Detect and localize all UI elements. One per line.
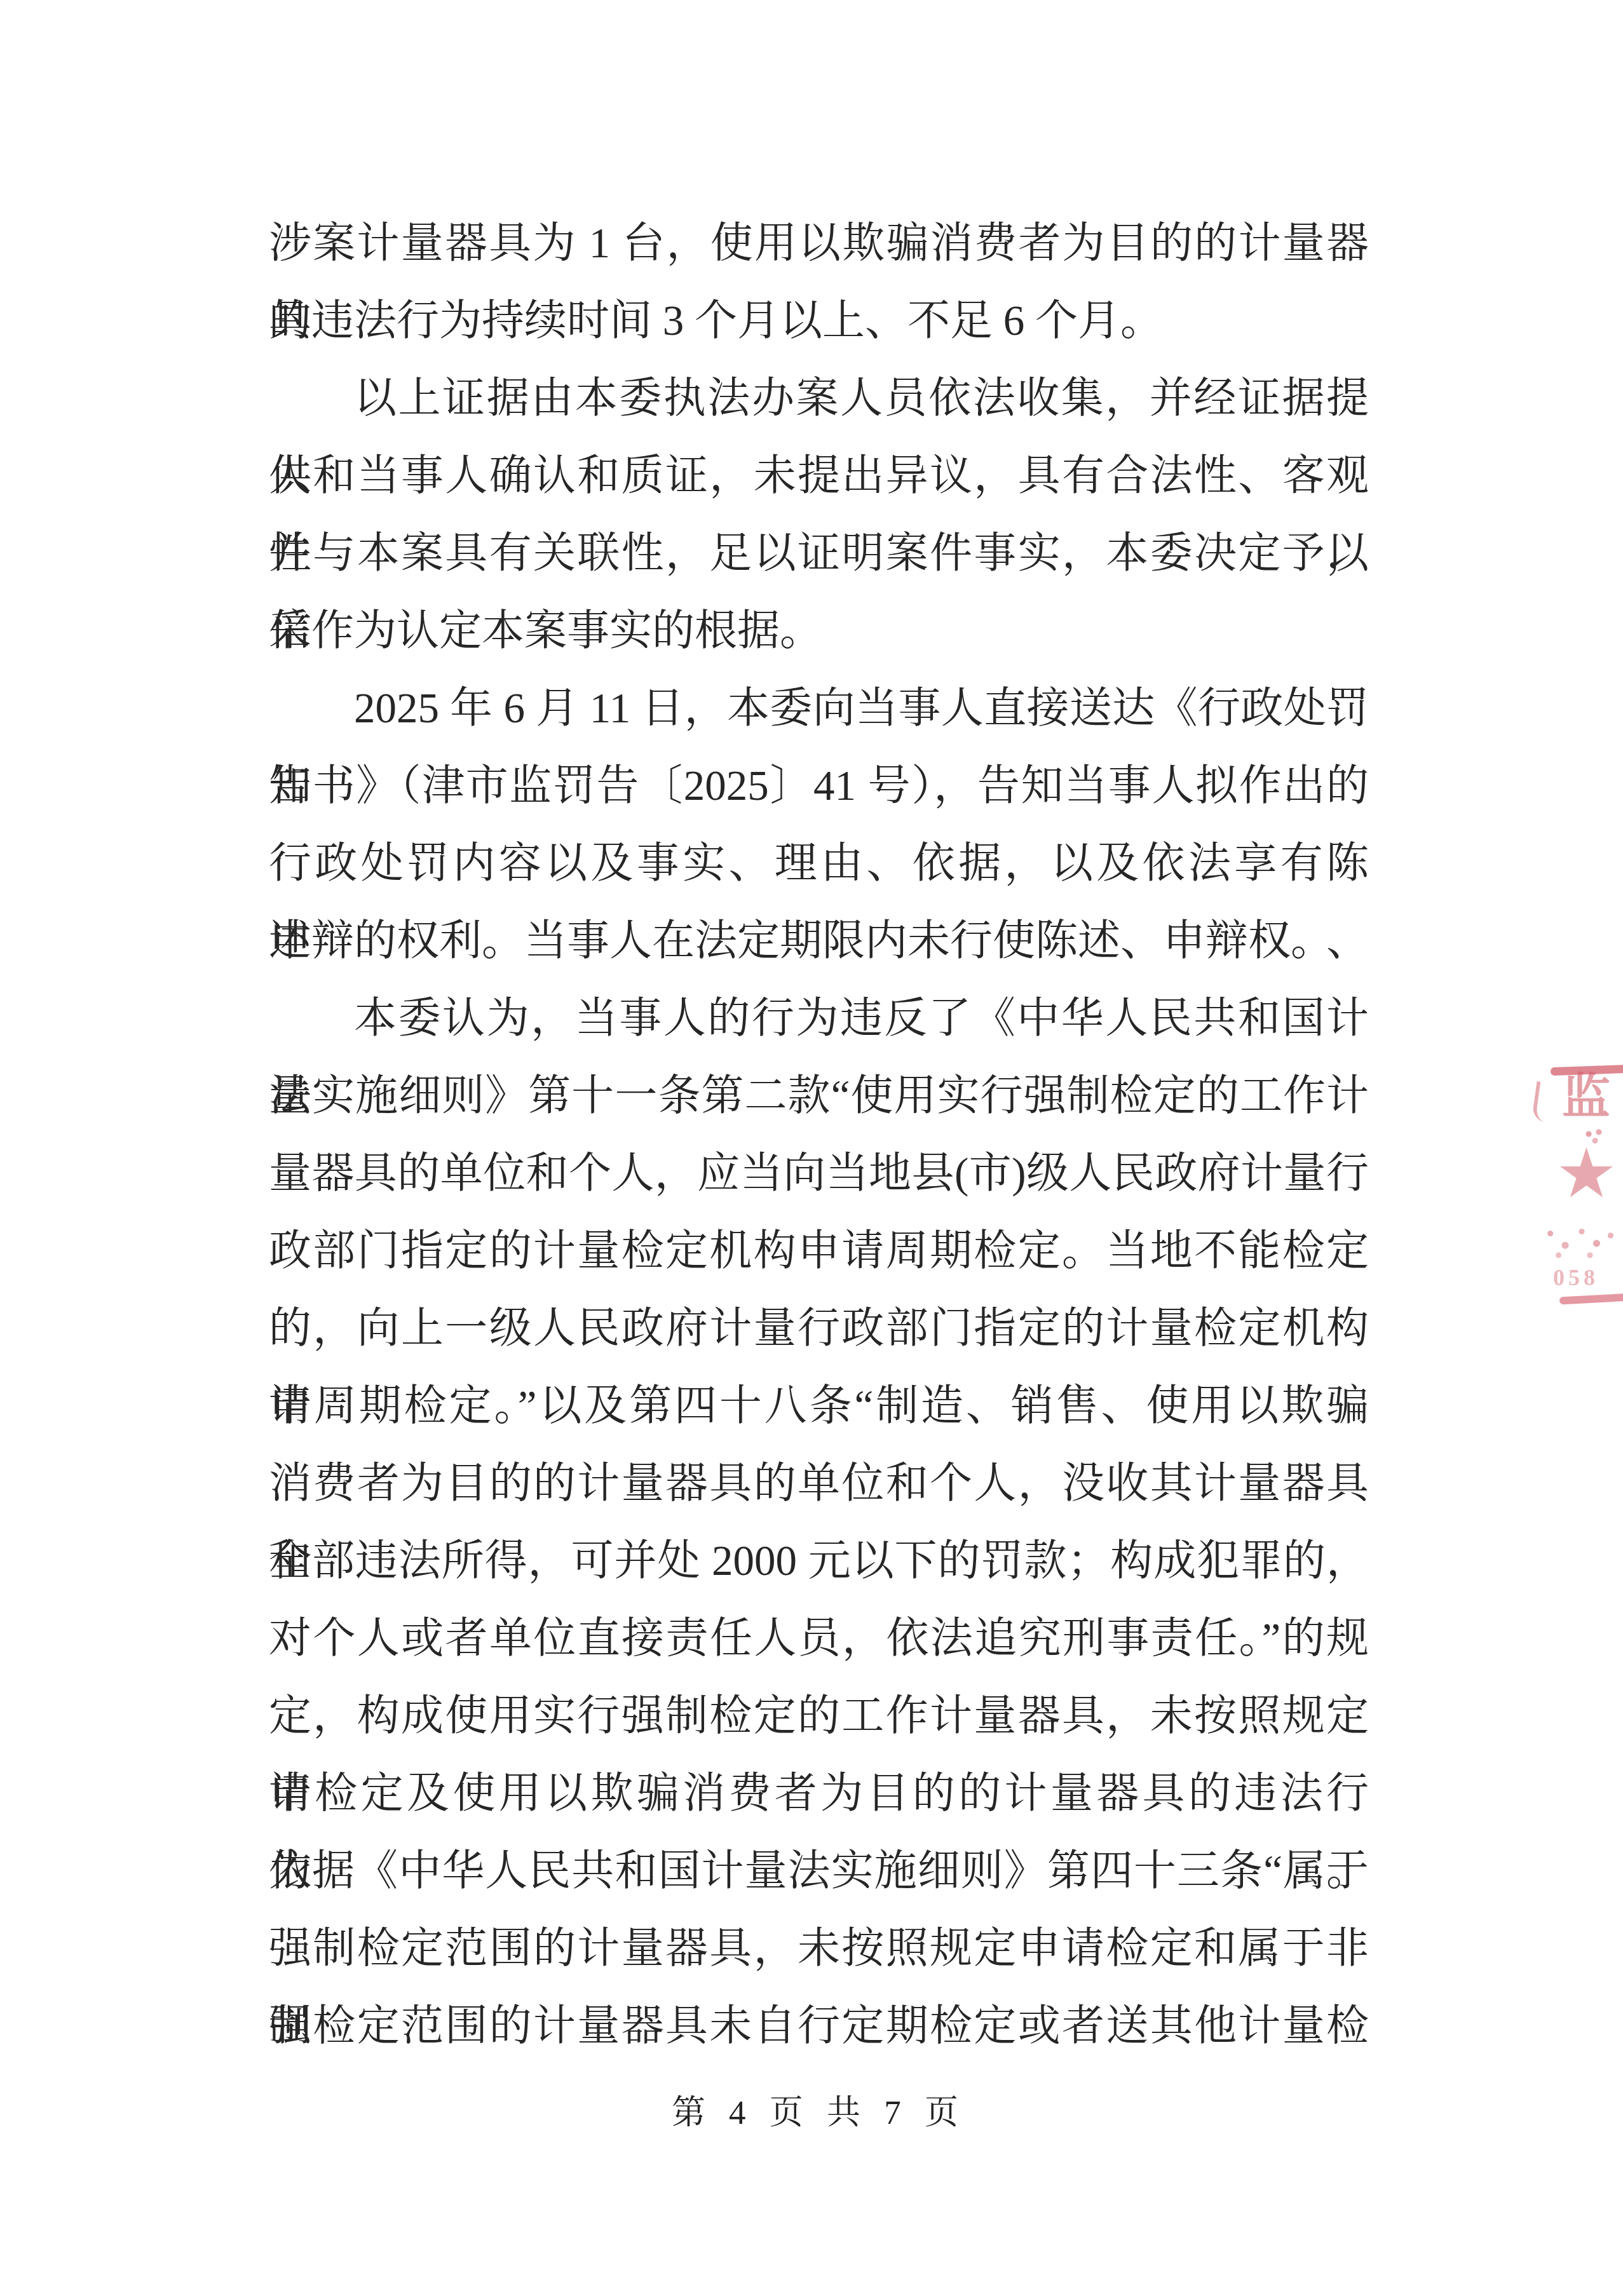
text-line: 的，向上一级人民政府计量行政部门指定的计量检定机构申 (269, 1290, 1369, 1367)
text-line: 请周期检定。”以及第四十八条“制造、销售、使用以欺骗 (269, 1367, 1369, 1445)
text-line: 涉案计量器具为 1 台，使用以欺骗消费者为目的的计量器具 (269, 205, 1369, 282)
text-line: 定，构成使用实行强制检定的工作计量器具，未按照规定申 (269, 1677, 1369, 1755)
text-line: 人和当事人确认和质证，未提出异议，具有合法性、客观性， (269, 437, 1369, 515)
text-line: 强制检定范围的计量器具，未按照规定申请检定和属于非强 (269, 1910, 1369, 1987)
text-line: 全部违法所得，可并处 2000 元以下的罚款；构成犯罪的， (269, 1522, 1369, 1600)
text-line: 对个人或者单位直接责任人员，依法追究刑事责任。”的规 (269, 1600, 1369, 1677)
text-line: 知书》（津市监罚告〔2025〕41 号），告知当事人拟作出的 (269, 747, 1369, 825)
star-icon: ★ (1556, 1140, 1617, 1209)
text-line: 本委认为，当事人的行为违反了《中华人民共和国计量 (269, 980, 1369, 1057)
text-line: 以上证据由本委执法办案人员依法收集，并经证据提供 (269, 360, 1369, 437)
text-line: 法实施细则》第十一条第二款“使用实行强制检定的工作计 (269, 1057, 1369, 1135)
seal-smudge (1540, 1222, 1623, 1261)
text-line: 消费者为目的的计量器具的单位和个人，没收其计量器具和 (269, 1445, 1369, 1522)
page-number: 第 4 页 共 7 页 (269, 2086, 1369, 2134)
seal-character: 监 (1562, 1073, 1610, 1121)
seal-number: 058 (1553, 1266, 1599, 1289)
text-line: 信作为认定本案事实的根据。 (269, 592, 1369, 670)
text-line: 制检定范围的计量器具未自行定期检定或者送其他计量检 (269, 1987, 1369, 2065)
red-seal-stamp-fragment: 监 ★ 058 (1531, 1051, 1623, 1318)
text-line: 政部门指定的计量检定机构申请周期检定。当地不能检定 (269, 1212, 1369, 1290)
text-line: 行政处罚内容以及事实、理由、依据，以及依法享有陈述、 (269, 825, 1369, 902)
text-line: 依据《中华人民共和国计量法实施细则》第四十三条“属于 (269, 1832, 1369, 1910)
document-body: 涉案计量器具为 1 台，使用以欺骗消费者为目的的计量器具 的违法行为持续时间 3… (269, 205, 1369, 2065)
document-page: 涉案计量器具为 1 台，使用以欺骗消费者为目的的计量器具 的违法行为持续时间 3… (0, 0, 1623, 2296)
seal-bottom-bar (1559, 1292, 1623, 1305)
seal-edge-stroke (1531, 1081, 1551, 1122)
text-line: 量器具的单位和个人，应当向当地县(市)级人民政府计量行 (269, 1135, 1369, 1212)
text-line: 请检定及使用以欺骗消费者为目的的计量器具的违法行为。 (269, 1755, 1369, 1832)
text-line: 2025 年 6 月 11 日，本委向当事人直接送达《行政处罚告 (269, 670, 1369, 747)
text-line: 并与本案具有关联性，足以证明案件事实，本委决定予以采 (269, 515, 1369, 592)
text-line: 申辩的权利。当事人在法定期限内未行使陈述、申辩权。 (269, 902, 1369, 980)
text-line: 的违法行为持续时间 3 个月以上、不足 6 个月。 (269, 282, 1369, 360)
